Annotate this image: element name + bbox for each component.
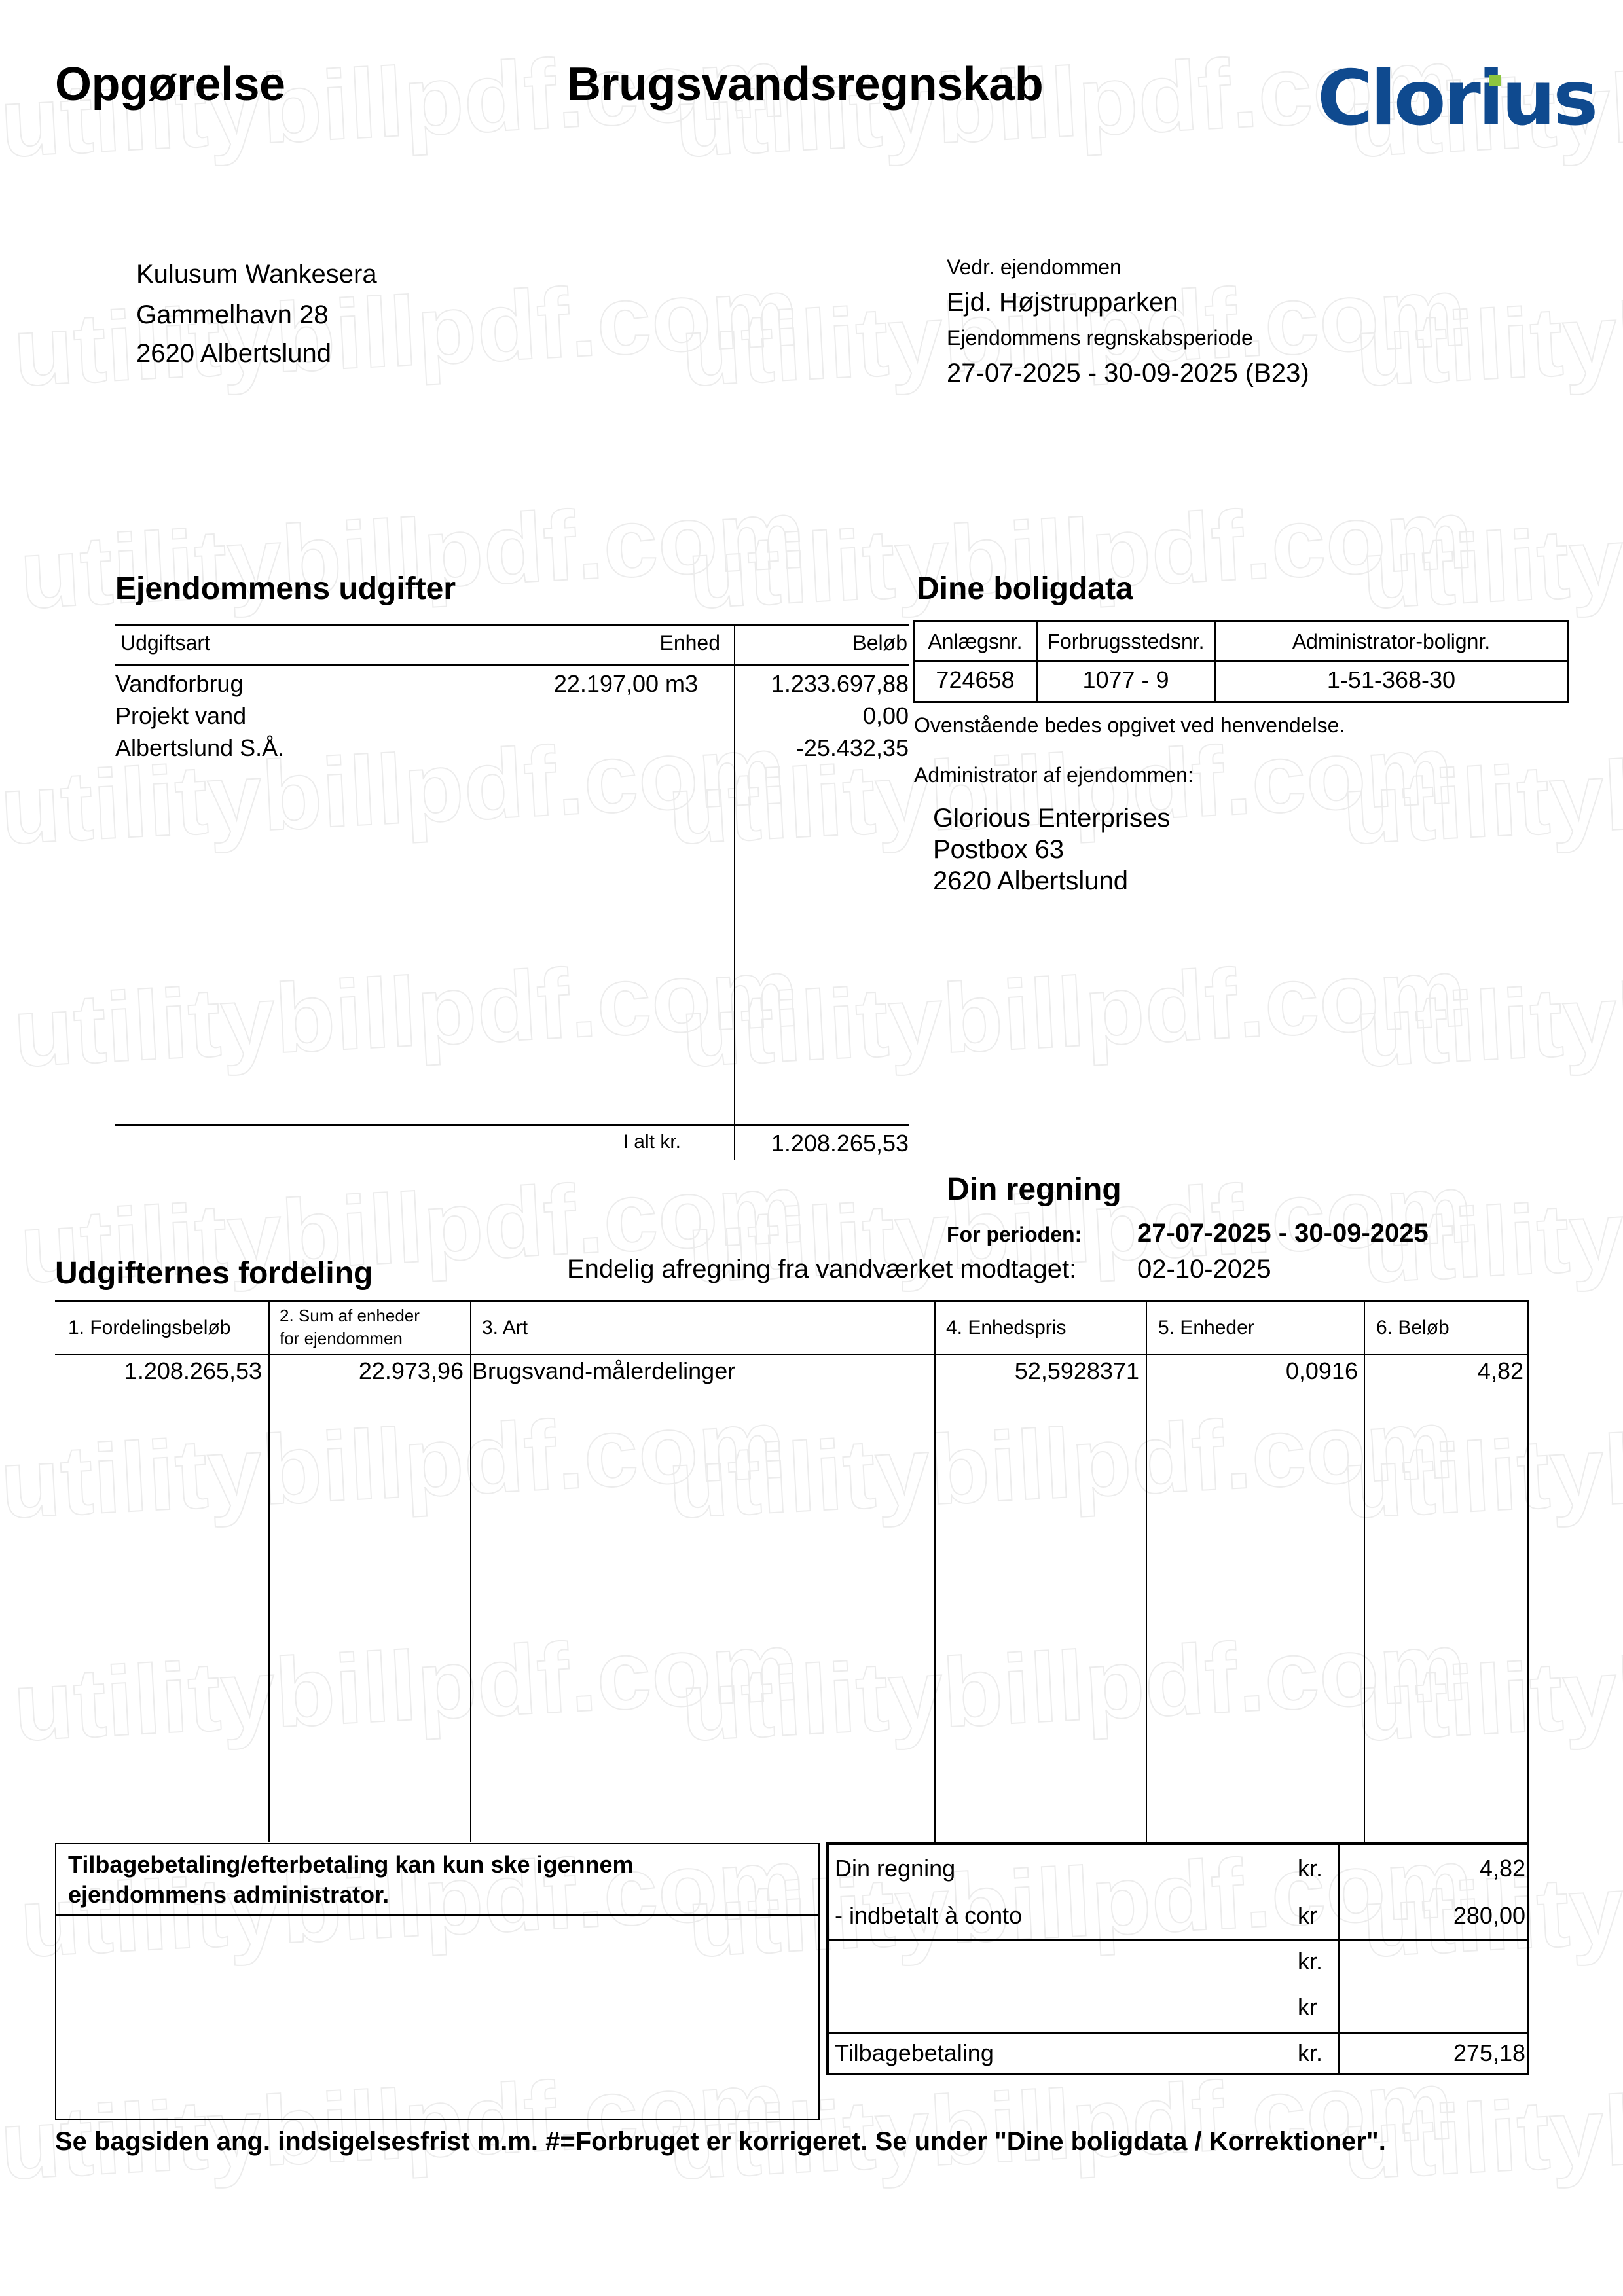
final-settlement-label: Endelig afregning fra vandværket modtage… <box>567 1255 1076 1284</box>
dist-col-sum-enheder: 2. Sum af enheder <box>280 1306 420 1326</box>
summary-currency: kr <box>1298 1994 1317 2021</box>
distribution-col-divider <box>470 1301 471 1842</box>
recipient-name: Kulusum Wankesera <box>136 260 377 289</box>
footer-note: Se bagsiden ang. indsigelsesfrist m.m. #… <box>55 2127 1386 2157</box>
expenses-title: Ejendommens udgifter <box>115 571 456 607</box>
logo-accent-dot <box>1489 75 1501 86</box>
watermark: utilitybillpdf.com <box>685 477 1475 632</box>
expenses-total-label: I alt kr. <box>524 1131 681 1153</box>
expenses-col-udgiftsart: Udgiftsart <box>120 631 210 655</box>
distribution-header-line <box>55 1354 1529 1355</box>
dist-unit-price: 52,5928371 <box>938 1357 1139 1385</box>
dist-amount: 1.208.265,53 <box>59 1357 262 1385</box>
dist-col-belob: 6. Beløb <box>1376 1317 1450 1339</box>
watermark: utilitybillpdf.com <box>1340 1387 1623 1541</box>
admin-street: Postbox 63 <box>933 835 1064 865</box>
document-type-title: Opgørelse <box>55 58 285 111</box>
admin-label: Administrator af ejendommen: <box>914 763 1194 787</box>
expenses-col-belob: Beløb <box>773 631 907 655</box>
watermark: utilitybillpdf.com <box>1353 1609 1623 1764</box>
summary-label: Tilbagebetaling <box>835 2039 994 2067</box>
expense-amount: -25.432,35 <box>740 734 909 762</box>
watermark: utilitybillpdf.com <box>678 935 1468 1090</box>
watermark: utilitybillpdf.com <box>10 1609 801 1764</box>
watermark: utilitybillpdf.com <box>0 1387 788 1541</box>
notice-line-1: Tilbagebetaling/efterbetaling kan kun sk… <box>68 1851 634 1878</box>
watermark: utilitybillpdf.com <box>10 255 801 409</box>
summary-value: 4,82 <box>1342 1855 1525 1882</box>
dist-col-art: 3. Art <box>482 1317 528 1339</box>
housing-anlaegsnr: 724658 <box>915 666 1036 694</box>
admin-city: 2620 Albertslund <box>933 867 1128 896</box>
final-settlement-date: 02-10-2025 <box>1137 1255 1271 1284</box>
housing-note: Ovenstående bedes opgivet ved henvendels… <box>914 713 1345 738</box>
distribution-col-divider <box>1146 1301 1147 1842</box>
summary-currency: kr. <box>1298 1855 1322 1882</box>
summary-currency: kr. <box>1298 2039 1322 2067</box>
dist-type: Brugsvand-målerdelinger <box>472 1357 735 1385</box>
property-period: 27-07-2025 - 30-09-2025 (B23) <box>947 359 1309 388</box>
housing-header-line <box>913 660 1569 662</box>
recipient-city: 2620 Albertslund <box>136 339 331 368</box>
housing-col-anlaegsnr: Anlægsnr. <box>915 630 1036 654</box>
summary-currency: kr. <box>1298 1948 1322 1975</box>
expense-amount: 0,00 <box>740 702 909 730</box>
watermark: utilitybillpdf.com <box>1353 255 1623 409</box>
summary-col-divider <box>1338 1842 1340 2075</box>
notice-line-2: ejendommens administrator. <box>68 1881 389 1909</box>
watermark: utilitybillpdf.com <box>1353 935 1623 1090</box>
dist-col-sum-enheder-sub: for ejendommen <box>280 1329 403 1349</box>
housing-col-forbrugsstedsnr: Forbrugsstedsnr. <box>1038 630 1214 654</box>
distribution-col-divider <box>934 1300 936 1842</box>
summary-row-line <box>826 1939 1529 1941</box>
dist-col-fordelingsbelob: 1. Fordelingsbeløb <box>68 1317 230 1339</box>
property-name: Ejd. Højstrupparken <box>947 288 1178 317</box>
watermark: utilitybillpdf.com <box>665 1387 1455 1541</box>
summary-label: Din regning <box>835 1855 955 1882</box>
watermark: utilitybillpdf.com <box>1340 713 1623 867</box>
dist-col-enhedspris: 4. Enhedspris <box>946 1317 1066 1339</box>
distribution-top-line <box>55 1300 1529 1302</box>
dist-units: 0,0916 <box>1148 1357 1358 1385</box>
watermark: utilitybillpdf.com <box>10 935 801 1090</box>
expenses-header-bottom-line <box>115 664 909 666</box>
housing-col-admin-bolignr: Administrator-bolignr. <box>1216 630 1567 654</box>
expense-type: Vandforbrug <box>115 670 243 698</box>
watermark: utilitybillpdf.com <box>678 1609 1468 1764</box>
summary-value: 275,18 <box>1342 2039 1525 2067</box>
expenses-table-top-line <box>115 624 909 626</box>
expense-unit: 22.197,00 m3 <box>511 670 698 698</box>
logo-text: Clorius <box>1317 60 1566 137</box>
property-period-label: Ejendommens regnskabsperiode <box>947 326 1253 350</box>
summary-label: - indbetalt à conto <box>835 1902 1022 1929</box>
housing-title: Dine boligdata <box>917 571 1133 607</box>
clorius-logo: Clorius <box>1317 60 1566 137</box>
expense-type: Albertslund S.Å. <box>115 734 284 762</box>
distribution-title: Udgifternes fordeling <box>55 1255 373 1291</box>
recipient-street: Gammelhavn 28 <box>136 300 328 330</box>
distribution-right-border <box>1527 1300 1529 1842</box>
distribution-col-divider <box>268 1301 270 1842</box>
watermark: utilitybillpdf.com <box>17 477 807 632</box>
property-label: Vedr. ejendommen <box>947 255 1122 279</box>
summary-currency: kr <box>1298 1902 1317 1929</box>
summary-row-line <box>826 2032 1529 2034</box>
expenses-column-divider <box>734 624 735 1160</box>
notice-divider <box>55 1914 820 1916</box>
dist-col-enheder: 5. Enheder <box>1158 1317 1254 1339</box>
bill-period: 27-07-2025 - 30-09-2025 <box>1137 1219 1429 1248</box>
expenses-total: 1.208.265,53 <box>740 1130 909 1157</box>
watermark: utilitybillpdf.com <box>1359 477 1623 632</box>
document-title: Brugsvandsregnskab <box>567 58 1043 111</box>
distribution-col-divider <box>1364 1301 1365 1842</box>
bill-period-label: For perioden: <box>947 1223 1082 1247</box>
admin-name: Glorious Enterprises <box>933 804 1170 833</box>
expenses-total-line <box>115 1124 909 1126</box>
dist-units-sum: 22.973,96 <box>271 1357 464 1385</box>
expenses-col-enhed: Enhed <box>589 631 720 655</box>
housing-admin-bolignr: 1-51-368-30 <box>1216 666 1567 694</box>
bill-title: Din regning <box>947 1172 1122 1208</box>
summary-value: 280,00 <box>1342 1902 1525 1929</box>
housing-forbrugsstedsnr: 1077 - 9 <box>1038 666 1214 694</box>
expense-type: Projekt vand <box>115 702 246 730</box>
dist-total: 4,82 <box>1366 1357 1523 1385</box>
expense-amount: 1.233.697,88 <box>740 670 909 698</box>
